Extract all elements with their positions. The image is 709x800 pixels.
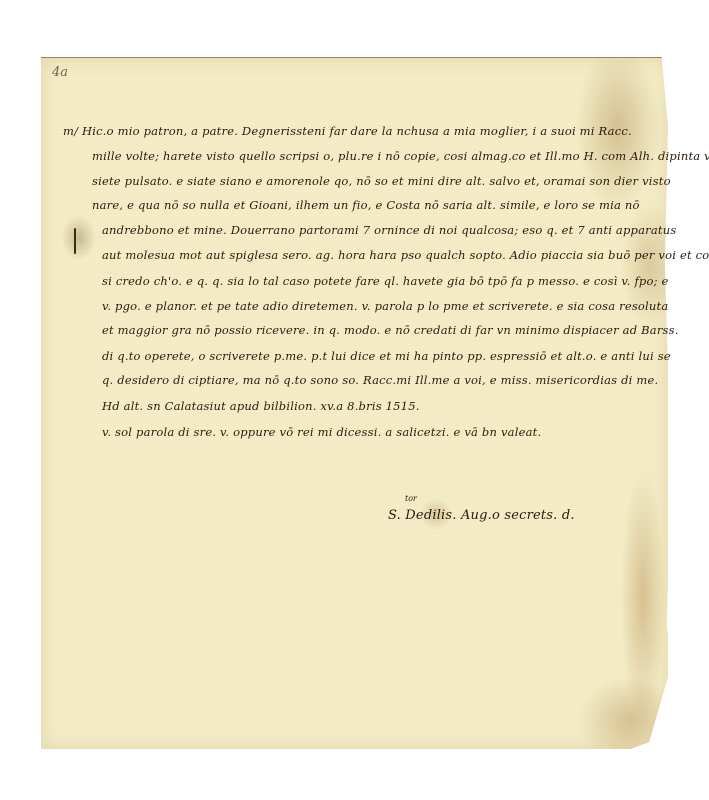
- letter-line-2: mille volte; harete visto quello scripsi…: [92, 149, 709, 163]
- signature-superscript: tor: [405, 494, 417, 503]
- letter-line-13: v. sol parola di sre. v. oppure vō rei m…: [102, 425, 541, 439]
- pin-hole-mark: [74, 228, 76, 254]
- letter-line-12: Hd alt. sn Calatasiut apud bilbilion. xv…: [102, 399, 420, 413]
- letter-line-9: et maggior gra nō possio ricevere. in q.…: [102, 323, 679, 337]
- letter-line-4: nare, e qua nō so nulla et Gioani, ilhem…: [92, 198, 640, 212]
- letter-line-11: q. desidero di ciptiare, ma nō q.to sono…: [102, 373, 658, 387]
- letter-line-1: m/ Hic.o mio patron, a patre. Degnerisst…: [63, 124, 632, 138]
- signature: S. Dedilis. Aug.o secrets. d.: [388, 508, 575, 523]
- letter-line-5: andrebbono et mine. Douerrano partorami …: [102, 223, 676, 237]
- letter-line-8: v. pgo. e planor. et pe tate adio direte…: [102, 299, 668, 313]
- letter-line-7: si credo ch'o. e q. q. sia lo tal caso p…: [102, 274, 669, 288]
- letter-line-10: di q.to operete, o scriverete p.me. p.t …: [102, 349, 671, 363]
- folio-number: 4a: [52, 65, 68, 80]
- letter-line-6: aut molesua mot aut spiglesa sero. ag. h…: [102, 248, 709, 262]
- letter-line-3: siete pulsato. e siate siano e amorenole…: [92, 174, 671, 188]
